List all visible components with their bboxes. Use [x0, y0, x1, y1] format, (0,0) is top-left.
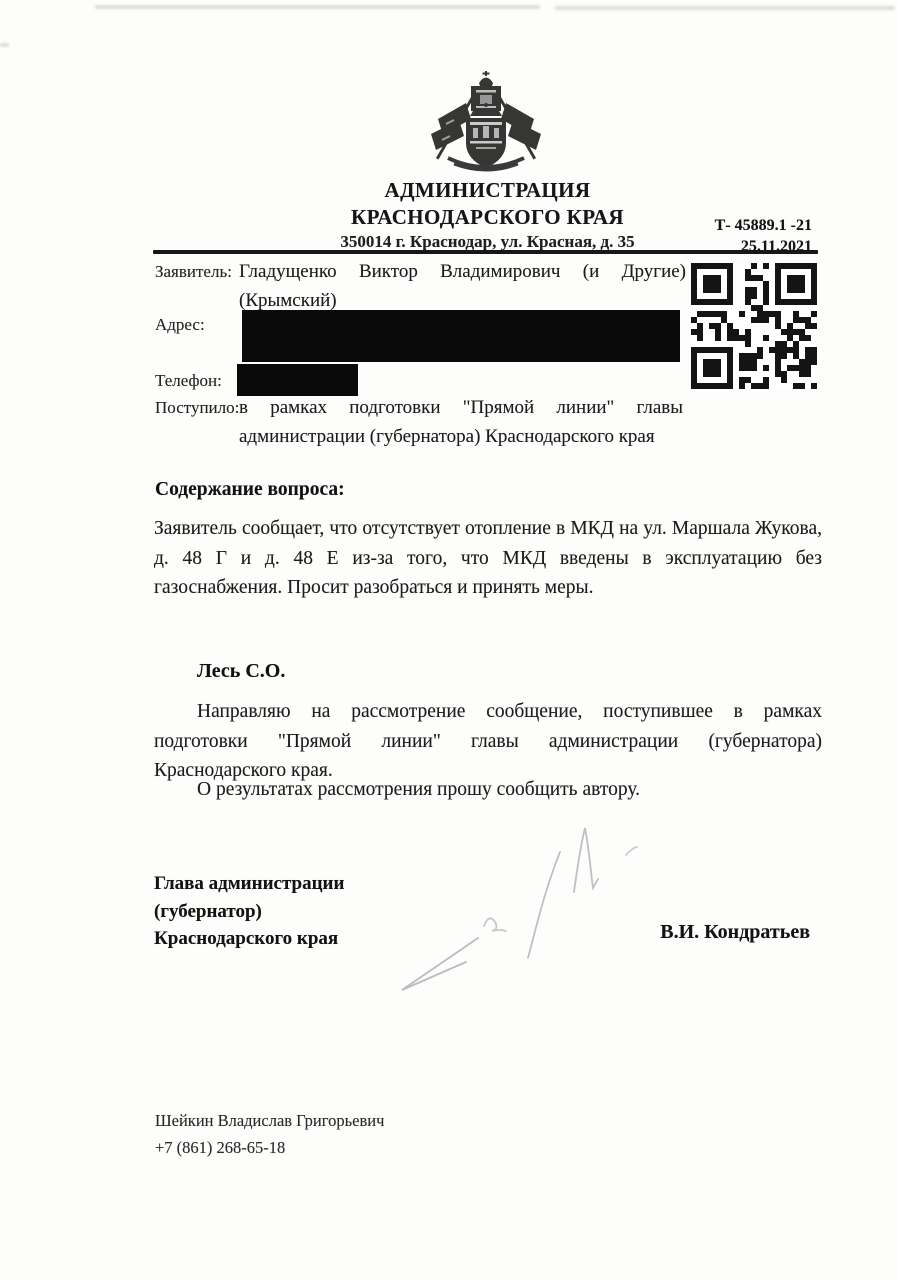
executor-name: Шейкин Владислав Григорьевич [155, 1107, 384, 1134]
qr-code [691, 263, 817, 389]
address-redaction-bar [242, 310, 680, 362]
phone-label: Телефон: [155, 371, 222, 391]
resolution-paragraph-1: Направляю на рассмотрение сообщение, пос… [154, 697, 822, 786]
org-name-line1: АДМИНИСТРАЦИЯ [155, 177, 820, 203]
address-label: Адрес: [155, 315, 205, 335]
phone-redaction-bar [237, 364, 358, 396]
signer-position-line3: Краснодарского края [154, 925, 344, 953]
scan-artifact [95, 5, 540, 9]
executor-phone: +7 (861) 268-65-18 [155, 1134, 384, 1161]
handwritten-signature-icon [388, 822, 644, 1014]
executor-block: Шейкин Владислав Григорьевич +7 (861) 26… [155, 1107, 384, 1161]
scanned-letter-page: АДМИНИСТРАЦИЯ КРАСНОДАРСКОГО КРАЯ 350014… [0, 0, 898, 1280]
resolution-addressee: Лесь С.О. [197, 660, 285, 683]
signer-position-line1: Глава администрации [154, 870, 344, 898]
signer-name: В.И. Кондратьев [620, 921, 810, 944]
scan-artifact [0, 43, 9, 47]
content-heading: Содержание вопроса: [155, 479, 345, 501]
reference-number: Т- 45889.1 -21 [630, 215, 812, 236]
applicant-value: Гладущенко Виктор Владимирович (и Другие… [239, 257, 686, 315]
header-divider-rule [153, 250, 818, 254]
received-value: в рамках подготовки "Прямой линии" главы… [239, 393, 683, 451]
scan-artifact [555, 6, 895, 10]
signer-position: Глава администрации (губернатор) Краснод… [154, 870, 344, 953]
applicant-label: Заявитель: [155, 262, 232, 282]
received-label: Поступило: [155, 398, 239, 418]
content-body: Заявитель сообщает, что отсутствует отоп… [154, 514, 822, 603]
resolution-paragraph-2: О результатах рассмотрения прошу сообщит… [154, 775, 822, 805]
signer-position-line2: (губернатор) [154, 898, 344, 926]
krasnodar-krai-coat-of-arms-icon [424, 70, 548, 172]
